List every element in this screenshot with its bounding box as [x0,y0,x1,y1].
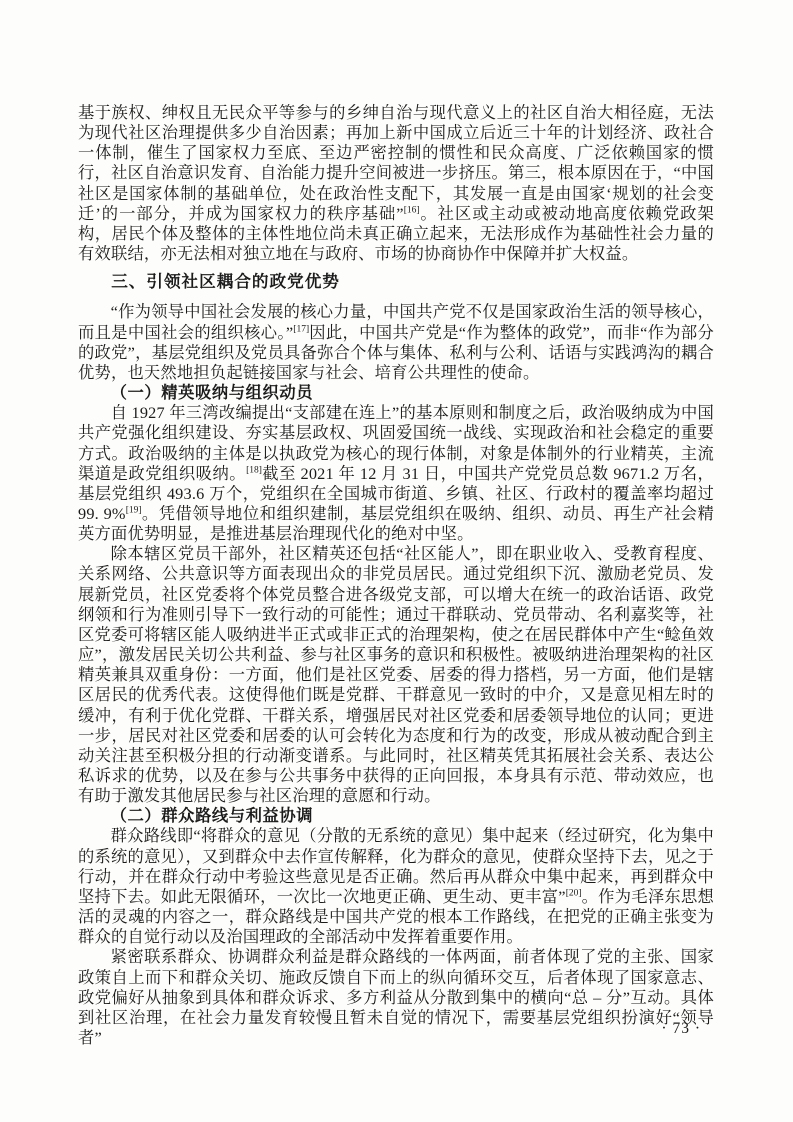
paragraph-political-absorption: 自 1927 年三湾改编提出“支部建在连上”的基本原则和制度之后，政治吸纳成为中… [78,403,714,544]
citation-ref-20: [20] [566,889,582,899]
paper-page: 基于族权、绅权且无民众平等参与的乡绅自治与现代意义上的社区自治大相径庭，无法为现… [0,0,793,1122]
subsection-1-heading: （一）精英吸纳与组织动员 [78,383,714,403]
citation-ref-19: [19] [126,506,142,516]
citation-ref-17: [17] [293,324,309,334]
paragraph-mass-line: 群众路线即“将群众的意见（分散的无系统的意见）集中起来（经过研究，化为集中的系统… [78,826,714,947]
citation-ref-16: [16] [404,205,420,215]
paragraph-community-elites: 除本辖区党员干部外，社区精英还包括“社区能人”，即在职业收入、受教育程度、关系网… [78,544,714,806]
section-heading: 三、引领社区耦合的政党优势 [78,272,714,292]
citation-ref-18: [18] [246,465,262,475]
page-number: · 73 · [661,1020,701,1038]
paragraph-interest-coordination: 紧密联系群众、协调群众利益是群众路线的一体两面，前者体现了党的主张、国家政策自上… [78,947,714,1048]
paragraph-text: 。凭借领导地位和组织建制，基层党组织在吸纳、组织、动员、再生产社会精英方面优势明… [78,504,714,543]
article-body: 基于族权、绅权且无民众平等参与的乡绅自治与现代意义上的社区自治大相径庭，无法为现… [78,103,714,1048]
paragraph-section-intro: “作为领导中国社会发展的核心力量，中国共产党不仅是国家政治生活的领导核心，而且是… [78,302,714,383]
paragraph-continued: 基于族权、绅权且无民众平等参与的乡绅自治与现代意义上的社区自治大相径庭，无法为现… [78,103,714,264]
subsection-2-heading: （二）群众路线与利益协调 [78,806,714,826]
